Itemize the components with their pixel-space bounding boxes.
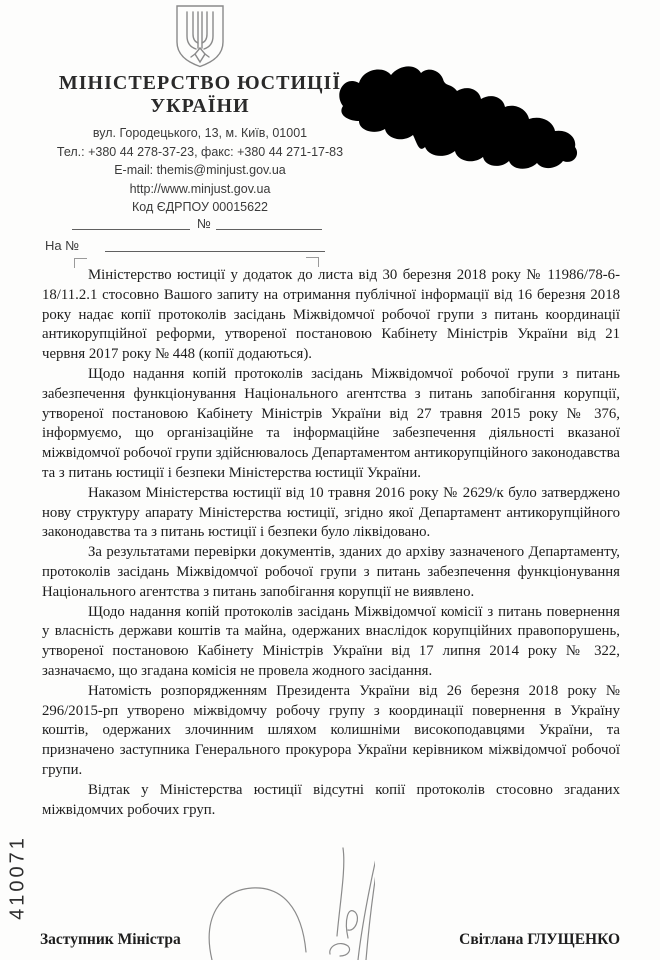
letter-paragraph: За результатами перевірки документів, зд… — [42, 543, 620, 602]
phone-fax-line: Тел.: +380 44 278-37-23, факс: +380 44 2… — [54, 143, 346, 162]
outgoing-number-line — [216, 229, 322, 230]
email-line: E-mail: themis@minjust.gov.ua — [54, 161, 346, 180]
outgoing-date-line — [72, 229, 190, 230]
ukraine-trident-icon — [54, 4, 346, 68]
signer-name: Світлана ГЛУЩЕНКО — [459, 931, 620, 949]
letter-body: Міністерство юстиції у додаток до листа … — [42, 266, 620, 820]
letter-paragraph: Міністерство юстиції у додаток до листа … — [42, 266, 620, 365]
letter-paragraph: Наказом Міністерства юстиції від 10 трав… — [42, 484, 620, 543]
letter-paragraph: Натомість розпорядженням Президента Укра… — [42, 682, 620, 781]
letter-paragraph: Щодо надання копій протоколів засідань М… — [42, 603, 620, 682]
address-line: вул. Городецького, 13, м. Київ, 01001 — [54, 124, 346, 143]
reply-number-line — [105, 251, 325, 252]
number-label: № — [197, 216, 211, 231]
org-name-line1: МІНІСТЕРСТВО ЮСТИЦІЇ — [54, 72, 346, 95]
registration-stamp-number: 410071 — [7, 830, 30, 926]
letterhead: МІНІСТЕРСТВО ЮСТИЦІЇ УКРАЇНИ вул. Городе… — [54, 4, 346, 217]
letterhead-contacts: вул. Городецького, 13, м. Київ, 01001 Те… — [54, 124, 346, 217]
org-name-line2: УКРАЇНИ — [54, 95, 346, 118]
website-line: http://www.minjust.gov.ua — [54, 180, 346, 199]
signer-position: Заступник Міністра — [40, 931, 181, 949]
letter-paragraph: Щодо надання копій протоколів засідань М… — [42, 365, 620, 484]
signature-block: Заступник Міністра Світлана ГЛУЩЕНКО — [40, 931, 620, 949]
edrpou-line: Код ЄДРПОУ 00015622 — [54, 198, 346, 217]
letter-paragraph: Відтак у Міністерства юстиції відсутні к… — [42, 781, 620, 821]
reply-to-label: На № — [45, 238, 79, 253]
scanned-letter-page: МІНІСТЕРСТВО ЮСТИЦІЇ УКРАЇНИ вул. Городе… — [0, 0, 660, 960]
redaction-scribble-icon — [333, 60, 595, 184]
